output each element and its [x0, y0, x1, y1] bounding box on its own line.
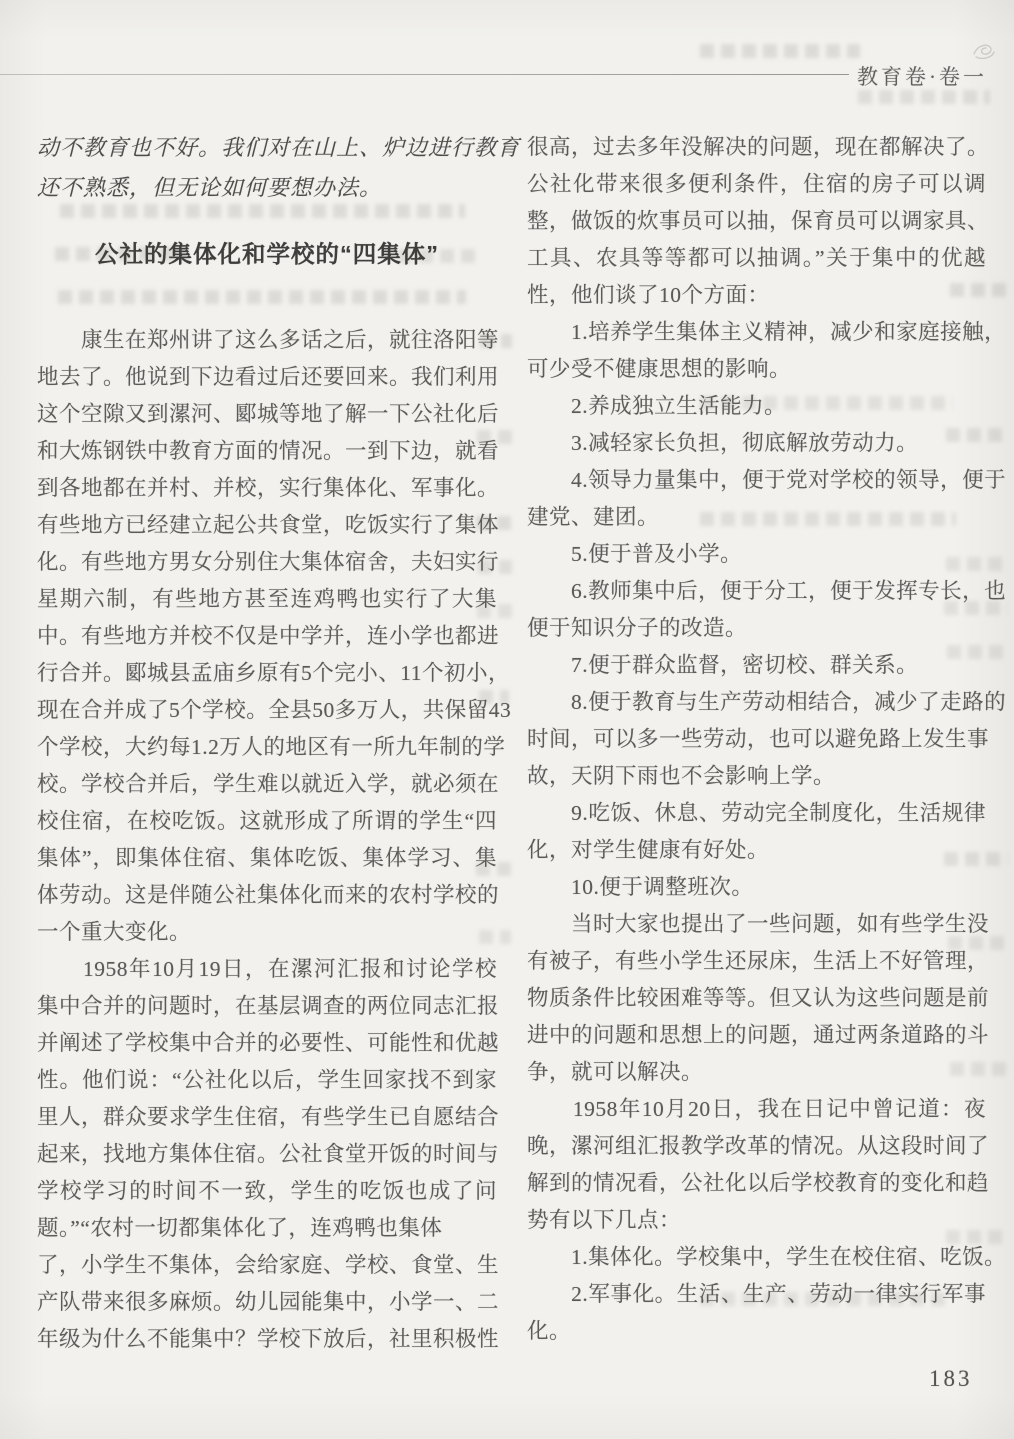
bleedthrough-text — [858, 90, 990, 104]
left-column: 动不教育也不好。我们对在山上、炉边进行教育还不熟悉，但无论如何要想办法。 公社的… — [37, 128, 497, 1358]
text-line: 很高，过去多年没解决的问题，现在都解决了。 — [527, 129, 986, 166]
text-line: 体劳动。这是伴随公社集体化而来的农村学校的 — [37, 877, 497, 914]
text-line: 建党、建团。 — [527, 499, 986, 536]
text-line: 4.领导力量集中，便于党对学校的领导，便于 — [527, 462, 986, 499]
text-line: 到各地都在并村、并校，实行集体化、军事化。 — [37, 470, 497, 507]
text-line: 1958年10月19日，在漯河汇报和讨论学校 — [37, 951, 497, 988]
text-line: 地去了。他说到下边看过后还要回来。我们利用 — [37, 359, 497, 396]
text-line: 工具、农具等等都可以抽调。”关于集中的优越 — [527, 240, 986, 277]
text-line: 便于知识分子的改造。 — [527, 610, 986, 647]
book-page: 教育卷·卷一 动不教育也不好。我们对在山上、炉边进行教育还不熟悉，但无论如何要想… — [0, 0, 1014, 1439]
text-line: 现在合并成了5个学校。全县50多万人，共保留43 — [37, 692, 497, 729]
text-line: 化。 — [527, 1313, 986, 1350]
text-line: 这个空隙又到漯河、郾城等地了解一下公社化后 — [37, 396, 497, 433]
section-heading: 公社的集体化和学校的“四集体” — [37, 239, 497, 269]
text-line: 1.集体化。学校集中，学生在校住宿、吃饭。 — [527, 1239, 986, 1276]
text-line: 7.便于群众监督，密切校、群关系。 — [527, 647, 986, 684]
text-line: 集体”，即集体住宿、集体吃饭、集体学习、集 — [37, 840, 497, 877]
text-line: 化，对学生健康有好处。 — [527, 832, 986, 869]
text-line: 当时大家也提出了一些问题，如有些学生没 — [527, 906, 986, 943]
text-line: 题。”“农村一切都集体化了，连鸡鸭也集体 — [37, 1210, 497, 1247]
text-line: 康生在郑州讲了这么多话之后，就往洛阳等 — [37, 322, 497, 359]
text-line: 年级为什么不能集中？学校下放后，社里积极性 — [37, 1321, 497, 1358]
text-line: 有些地方已经建立起公共食堂，吃饭实行了集体 — [37, 507, 497, 544]
text-line: 物质条件比较困难等等。但又认为这些问题是前 — [527, 980, 986, 1017]
text-line: 10.便于调整班次。 — [527, 869, 986, 906]
text-line: 6.教师集中后，便于分工，便于发挥专长，也 — [527, 573, 986, 610]
text-line: 势有以下几点： — [527, 1202, 986, 1239]
text-line: 晚，漯河组汇报教学改革的情况。从这段时间了 — [527, 1128, 986, 1165]
text-line: 还不熟悉，但无论如何要想办法。 — [37, 168, 497, 208]
text-line: 3.减轻家长负担，彻底解放劳动力。 — [527, 425, 986, 462]
text-line: 性，他们谈了10个方面： — [527, 277, 986, 314]
text-line: 可少受不健康思想的影响。 — [527, 351, 986, 388]
text-line: 学校学习的时间不一致，学生的吃饭也成了问 — [37, 1173, 497, 1210]
running-head-title: 教育卷·卷一 — [857, 61, 987, 91]
text-line: 集中合并的问题时，在基层调查的两位同志汇报 — [37, 988, 497, 1025]
text-line: 校住宿，在校吃饭。这就形成了所谓的学生“四 — [37, 803, 497, 840]
text-line: 一个重大变化。 — [37, 914, 497, 951]
text-line: 争，就可以解决。 — [527, 1054, 986, 1091]
page-number: 183 — [929, 1366, 973, 1392]
text-line: 1.培养学生集体主义精神，减少和家庭接触， — [527, 314, 986, 351]
text-line: 整，做饭的炊事员可以抽，保育员可以调家具、 — [527, 203, 986, 240]
text-line: 并阐述了学校集中合并的必要性、可能性和优越 — [37, 1025, 497, 1062]
left-column-body: 康生在郑州讲了这么多话之后，就往洛阳等地去了。他说到下边看过后还要回来。我们利用… — [37, 322, 497, 1358]
corner-ornament-icon — [968, 40, 998, 62]
right-column: 很高，过去多年没解决的问题，现在都解决了。公社化带来很多便利条件，住宿的房子可以… — [527, 129, 986, 1350]
text-line: 8.便于教育与生产劳动相结合，减少了走路的 — [527, 684, 986, 721]
text-line: 个学校，大约每1.2万人的地区有一所九年制的学 — [37, 729, 497, 766]
text-line: 进中的问题和思想上的问题，通过两条道路的斗 — [527, 1017, 986, 1054]
text-line: 9.吃饭、休息、劳动完全制度化，生活规律 — [527, 795, 986, 832]
text-line: 校。学校合并后，学生难以就近入学，就必须在 — [37, 766, 497, 803]
text-line: 行合并。郾城县孟庙乡原有5个完小、11个初小， — [37, 655, 497, 692]
quote-paragraph: 动不教育也不好。我们对在山上、炉边进行教育还不熟悉，但无论如何要想办法。 — [37, 128, 497, 208]
text-line: 1958年10月20日，我在日记中曾记道：夜 — [527, 1091, 986, 1128]
text-line: 和大炼钢铁中教育方面的情况。一到下边，就看 — [37, 433, 497, 470]
text-line: 2.养成独立生活能力。 — [527, 388, 986, 425]
text-line: 了，小学生不集体，会给家庭、学校、食堂、生 — [37, 1247, 497, 1284]
text-line: 解到的情况看，公社化以后学校教育的变化和趋 — [527, 1165, 986, 1202]
text-line: 5.便于普及小学。 — [527, 536, 986, 573]
running-head-rule — [0, 74, 849, 75]
text-line: 有被子，有些小学生还尿床，生活上不好管理， — [527, 943, 986, 980]
bleedthrough-text — [700, 44, 860, 58]
text-line: 性。他们说：“公社化以后，学生回家找不到家 — [37, 1062, 497, 1099]
text-line: 时间，可以多一些劳动，也可以避免路上发生事 — [527, 721, 986, 758]
text-line: 化。有些地方男女分别住大集体宿舍，夫妇实行 — [37, 544, 497, 581]
text-line: 故，天阴下雨也不会影响上学。 — [527, 758, 986, 795]
text-line: 中。有些地方并校不仅是中学并，连小学也都进 — [37, 618, 497, 655]
text-line: 产队带来很多麻烦。幼儿园能集中，小学一、二 — [37, 1284, 497, 1321]
text-line: 公社化带来很多便利条件，住宿的房子可以调 — [527, 166, 986, 203]
text-line: 动不教育也不好。我们对在山上、炉边进行教育 — [37, 128, 497, 168]
text-line: 里人，群众要求学生住宿，有些学生已自愿结合 — [37, 1099, 497, 1136]
text-line: 起来，找地方集体住宿。公社食堂开饭的时间与 — [37, 1136, 497, 1173]
text-line: 2.军事化。生活、生产、劳动一律实行军事 — [527, 1276, 986, 1313]
text-line: 星期六制，有些地方甚至连鸡鸭也实行了大集 — [37, 581, 497, 618]
